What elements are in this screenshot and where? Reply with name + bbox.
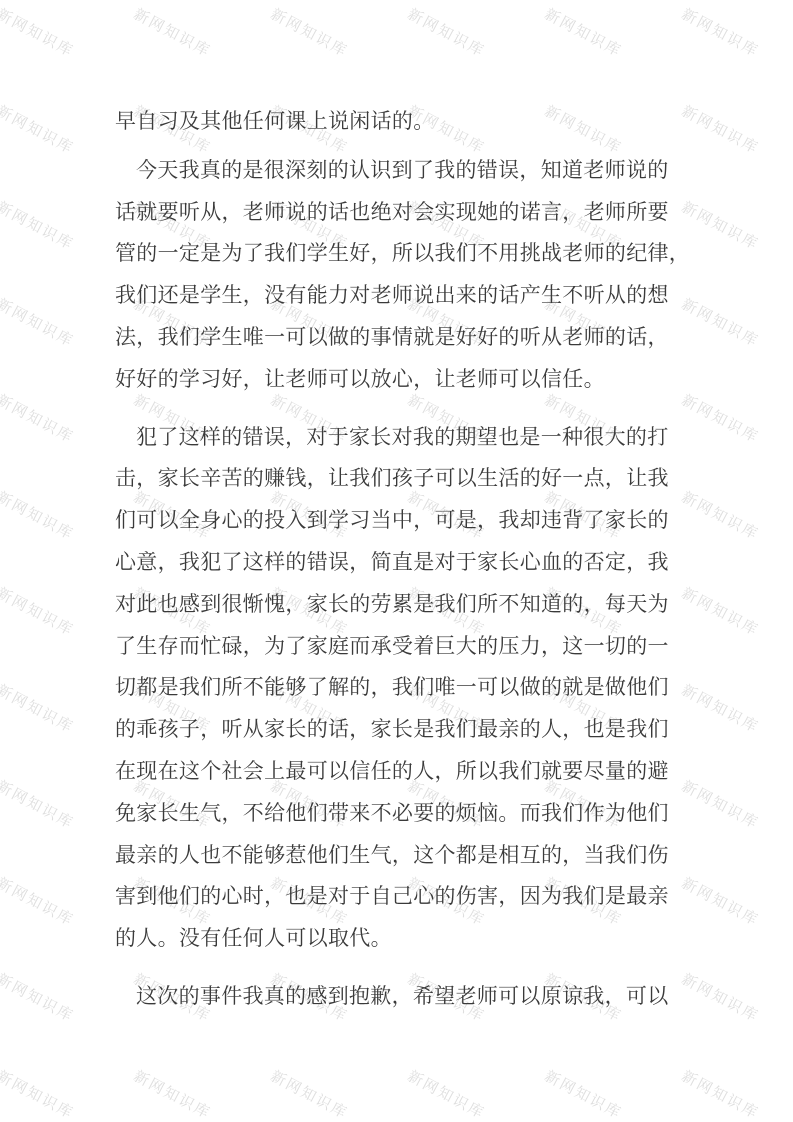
text-line: 今天我真的是很深刻的认识到了我的错误，知道老师说的: [115, 150, 693, 192]
watermark-text: 新网知识库: [541, 1065, 626, 1122]
document-page: 新网知识库新网知识库新网知识库新网知识库新网知识库新网知识库新网知识库新网知识库…: [0, 0, 793, 1122]
text-line: 我们还是学生，没有能力对老师说出来的话产生不听从的想: [115, 275, 693, 317]
watermark-text: 新网知识库: [0, 582, 78, 640]
watermark-text: 新网知识库: [267, 1065, 352, 1122]
text-line: 早自习及其他任何课上说闲话的。: [115, 101, 693, 143]
text-line: 的人。没有任何人可以取代。: [115, 918, 693, 960]
text-line: 这次的事件我真的感到抱歉，希望老师可以原谅我，可以: [115, 976, 693, 1018]
text-line: 的乖孩子，听从家长的话，家长是我们最亲的人，也是我们: [115, 709, 693, 751]
watermark-text: 新网知识库: [0, 196, 78, 254]
watermark-text: 新网知识库: [404, 3, 489, 61]
watermark-text: 新网知识库: [267, 3, 352, 61]
watermark-text: 新网知识库: [0, 486, 78, 544]
watermark-text: 新网知识库: [541, 3, 626, 61]
watermark-text: 新网知识库: [0, 3, 78, 61]
text-line: 犯了这样的错误，对于家长对我的期望也是一种很大的打: [115, 417, 693, 459]
watermark-text: 新网知识库: [0, 775, 78, 833]
text-line: 管的一定是为了我们学生好，所以我们不用挑战老师的纪律，: [115, 233, 693, 275]
watermark-text: 新网知识库: [0, 679, 78, 737]
watermark-text: 新网知识库: [130, 3, 215, 61]
text-line: 免家长生气，不给他们带来不必要的烦恼。而我们作为他们: [115, 793, 693, 835]
watermark-text: 新网知识库: [130, 1065, 215, 1122]
text-line: 心意，我犯了这样的错误，简直是对于家长心血的否定，我: [115, 542, 693, 584]
paragraph: 今天我真的是很深刻的认识到了我的错误，知道老师说的话就要听从，老师说的话也绝对会…: [115, 150, 693, 401]
watermark-text: 新网知识库: [0, 389, 78, 447]
watermark-text: 新网知识库: [0, 872, 78, 930]
watermark-text: 新网知识库: [404, 1065, 489, 1122]
text-line: 话就要听从，老师说的话也绝对会实现她的诺言，老师所要: [115, 192, 693, 234]
paragraph: 早自习及其他任何课上说闲话的。: [115, 101, 693, 143]
document-content: 早自习及其他任何课上说闲话的。今天我真的是很深刻的认识到了我的错误，知道老师说的…: [115, 101, 693, 1034]
watermark-text: 新网知识库: [0, 968, 78, 1026]
text-line: 最亲的人也不能够惹他们生气，这个都是相互的，当我们伤: [115, 835, 693, 877]
text-line: 了生存而忙碌，为了家庭而承受着巨大的压力，这一切的一: [115, 626, 693, 668]
watermark-text: 新网知识库: [678, 1065, 763, 1122]
paragraph: 这次的事件我真的感到抱歉，希望老师可以原谅我，可以: [115, 976, 693, 1018]
text-line: 对此也感到很惭愧，家长的劳累是我们所不知道的，每天为: [115, 584, 693, 626]
text-line: 好好的学习好，让老师可以放心，让老师可以信任。: [115, 359, 693, 401]
paragraph: 犯了这样的错误，对于家长对我的期望也是一种很大的打击，家长辛苦的赚钱，让我们孩子…: [115, 417, 693, 960]
text-line: 法，我们学生唯一可以做的事情就是好好的听从老师的话，: [115, 317, 693, 359]
watermark-text: 新网知识库: [0, 293, 78, 351]
text-line: 切都是我们所不能够了解的，我们唯一可以做的就是做他们: [115, 667, 693, 709]
text-line: 击，家长辛苦的赚钱，让我们孩子可以生活的好一点，让我: [115, 458, 693, 500]
watermark-text: 新网知识库: [0, 100, 78, 158]
watermark-text: 新网知识库: [0, 1065, 78, 1122]
text-line: 在现在这个社会上最可以信任的人，所以我们就要尽量的避: [115, 751, 693, 793]
watermark-text: 新网知识库: [678, 3, 763, 61]
text-line: 害到他们的心时，也是对于自己心的伤害，因为我们是最亲: [115, 876, 693, 918]
text-line: 们可以全身心的投入到学习当中，可是，我却违背了家长的: [115, 500, 693, 542]
